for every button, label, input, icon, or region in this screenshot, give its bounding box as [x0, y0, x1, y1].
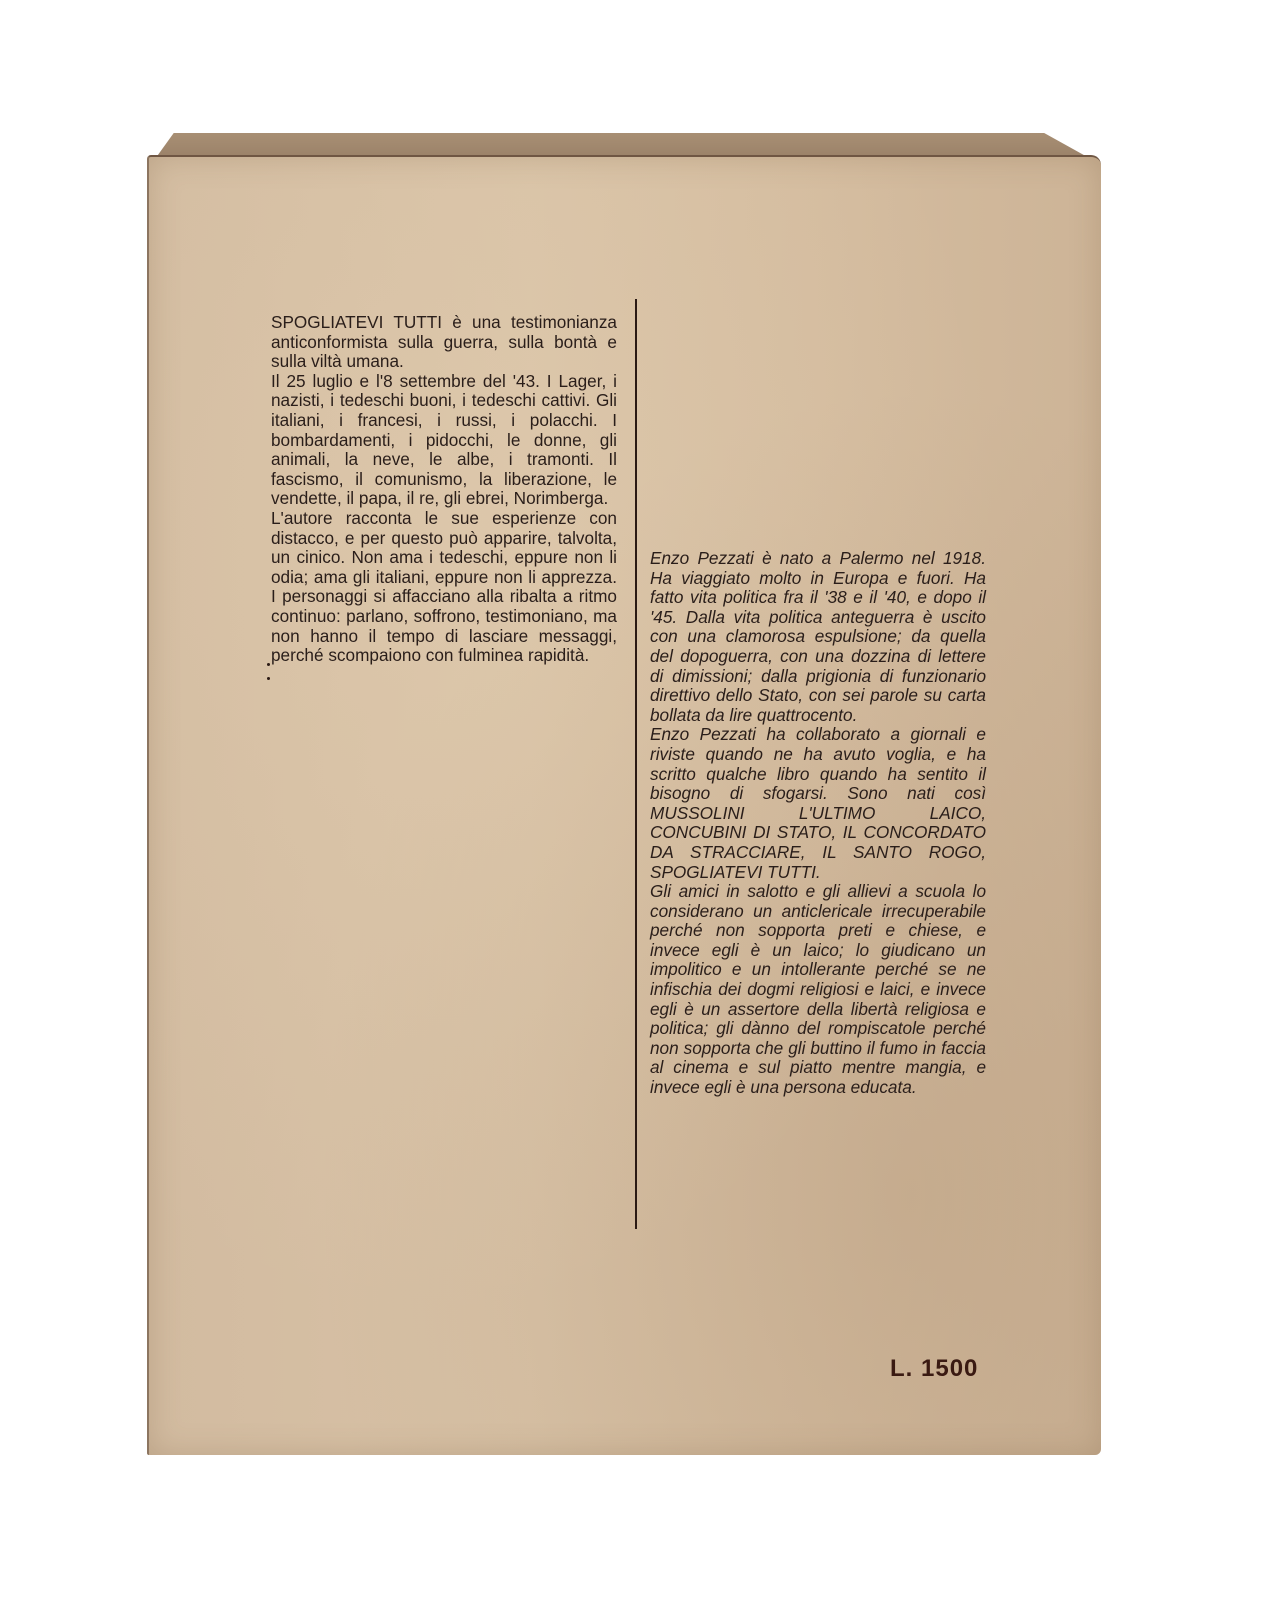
book: SPOGLIATEVI TUTTI è una testimonianza an…	[147, 133, 1099, 1453]
price-label: L. 1500	[890, 1355, 978, 1383]
bio-paragraph: Enzo Pezzati ha collaborato a giornali e…	[650, 725, 986, 882]
back-cover: SPOGLIATEVI TUTTI è una testimonianza an…	[147, 155, 1101, 1455]
bio-paragraph: Gli amici in salotto e gli allievi a scu…	[650, 882, 986, 1098]
synopsis-paragraph: SPOGLIATEVI TUTTI è una testimonianza an…	[271, 313, 617, 372]
ink-dot	[267, 663, 270, 666]
bio-paragraph: Enzo Pezzati è nato a Palermo nel 1918. …	[650, 549, 986, 725]
synopsis-column: SPOGLIATEVI TUTTI è una testimonianza an…	[271, 313, 617, 666]
synopsis-paragraph: Il 25 luglio e l'8 settembre del '43. I …	[271, 372, 617, 509]
ink-marks	[267, 663, 273, 691]
synopsis-paragraph: L'autore racconta le sue esperienze con …	[271, 509, 617, 666]
author-bio-column: Enzo Pezzati è nato a Palermo nel 1918. …	[650, 549, 986, 1098]
column-divider	[635, 299, 637, 1229]
ink-dot	[267, 677, 270, 680]
